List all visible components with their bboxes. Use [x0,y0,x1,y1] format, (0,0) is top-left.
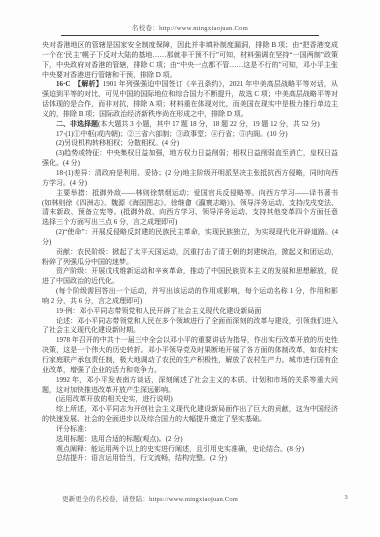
paragraph: 18·(1)差异：清政府是利用、妥协；(2 分)地主阶级开明派坚决主张抵抗西方侵… [42,169,338,189]
paragraph-text: 1978 年召开的中共十一届三中全会以邓小平的重要讲话为指导，作出实行改革开放的… [42,336,338,374]
paragraph: (运用改革开放的相关史实，进行说明) [42,395,338,405]
paragraph: 选用标题：选用合适的标题(观点)。(2 分) [42,435,338,445]
paragraph-text: 观点阐释：能运用两个以上的史实进行阐述，且引用史实准确，史论结合。(8 分) [56,445,304,453]
paragraph: 主要举措：抵御外敌——林则徐禁烟运动；爱国官兵反侵略等。向西方学习——译书著书(… [42,189,338,228]
header-site-label: 名校卷：http://www.mingxiaojuan.Com [132,25,248,32]
paragraph: 综上所述，邓小平同志为开创社会主义现代化建设新局面作出了巨大的贡献，这为中国经济… [42,405,338,425]
document-page: 名校卷：http://www.mingxiaojuan.Com 央对香港地区的管… [0,0,380,537]
paragraph-text: (本大题共 3 小题，其中 17 题 18 分，18 题 22 分，19 题 1… [98,120,320,128]
paragraph-text: 主要举措：抵御外敌——林则徐禁烟运动；爱国官兵反侵略等。向西方学习——译书著书(… [42,189,338,227]
paragraph: 贡献：农民阶级：掀起了太平天国运动，沉重打击了清王朝的封建统治，掀起义和团运动，… [42,248,338,268]
paragraph: 19·例：邓小平同志带领党和人民开辟了社会主义现代化建设新局面 [42,307,338,317]
paragraph: 论述：邓小平同志带领党和人民在多个领域进行了全面而深刻的改革与建设，引领我们进入… [42,317,338,337]
paragraph-text: 贡献：农民阶级：掀起了太平天国运动，沉重打击了清王朝的封建统治，掀起义和团运动，… [42,248,338,266]
paragraph: 1978 年召开的中共十一届三中全会以邓小平的重要讲话为指导，作出实行改革开放的… [42,336,338,375]
paragraph-prefix: 二、非选择题 [56,120,98,128]
paragraph-text: 1992 年，邓小平发表南方谈话，深刻阐述了社会主义的本质、计划和市场的关系等重… [42,376,338,394]
paragraph-prefix: 16·C 【解析】 [56,80,103,88]
paragraph: 资产阶级：开展戊戌维新运动和辛亥革命，推动了中国民族资本主义的发展和思想解放，促… [42,267,338,287]
paragraph: 总结提升：语言运用恰当，行文流畅，结构完整。(2 分) [42,454,338,464]
paragraph: 17·(1)①中枢(或内朝)；②三省六部制；③政事堂；④行省；⑤内阁。(10 分… [42,130,338,140]
footer-promo-text: 更新更全的名校卷，请登陆：https://www.mingxiaojuan.Co… [62,494,238,503]
paragraph: (2)另设机构转移相权；分散相权。(4 分) [42,139,338,149]
paragraph: 评分标准： [42,425,338,435]
paragraph-text: 17·(1)①中枢(或内朝)；②三省六部制；③政事堂；④行省；⑤内阁。(10 分… [56,130,288,138]
paragraph-text: (运用改革开放的相关史实，进行说明) [56,395,173,403]
paragraph-text: 总结提升：语言运用恰当，行文流畅，结构完整。(2 分) [56,454,227,462]
paragraph: 16·C 【解析】1901 年列强强迫中国签订《辛丑条约》，2021 年中美高层… [42,80,338,119]
paragraph-text: 综上所述，邓小平同志为开创社会主义现代化建设新局面作出了巨大的贡献，这为中国经济… [42,405,338,423]
paragraph-text: (3)趋势或特征：中央集权日益加强，地方权力日益削弱；相权日益削弱直至消亡，皇权… [42,149,338,167]
paragraph-text: (2)另设机构转移相权；分散相权。(4 分) [56,139,179,147]
paragraph: (3)趋势或特征：中央集权日益加强，地方权力日益削弱；相权日益削弱直至消亡，皇权… [42,149,338,169]
page-header: 名校卷：http://www.mingxiaojuan.Com [61,23,319,36]
paragraph-text: 央对香港地区的管辖是国家安全制度保障，因此并非填补制度漏洞，排除 B 项；由“把… [42,41,338,79]
page-number: 3 [345,494,348,501]
paragraph: 1992 年，邓小平发表南方谈话，深刻阐述了社会主义的本质、计划和市场的关系等重… [42,376,338,396]
paragraph-text: (每个阶级需回答出一个运动，并写出该运动的作用或影响，每个运动名称 1 分，作用… [42,287,338,305]
paragraph: 观点阐释：能运用两个以上的史实进行阐述，且引用史实准确，史论结合。(8 分) [42,445,338,455]
page-footer: 更新更全的名校卷，请登陆：https://www.mingxiaojuan.Co… [62,494,348,503]
paragraph-text: 评分标准： [56,425,91,433]
section-heading: 二、非选择题(本大题共 3 小题，其中 17 题 18 分，18 题 22 分，… [42,120,338,130]
paragraph-text: (2)“使命”：开展反侵略反封建的民族民主革命，实现民族独立，为实现现代化开辟道… [42,228,338,246]
paragraph-text: 18·(1)差异：清政府是利用、妥协；(2 分)地主阶级开明派坚决主张抵抗西方侵… [42,169,338,187]
paragraph: (2)“使命”：开展反侵略反封建的民族民主革命，实现民族独立，为实现现代化开辟道… [42,228,338,248]
paragraph-text: 资产阶级：开展戊戌维新运动和辛亥革命，推动了中国民族资本主义的发展和思想解放，促… [42,267,338,285]
paragraph: (每个阶级需回答出一个运动，并写出该运动的作用或影响，每个运动名称 1 分，作用… [42,287,338,307]
answer-key-body: 央对香港地区的管辖是国家安全制度保障，因此并非填补制度漏洞，排除 B 项；由“把… [42,41,338,464]
paragraph: 央对香港地区的管辖是国家安全制度保障，因此并非填补制度漏洞，排除 B 项；由“把… [42,41,338,80]
paragraph-text: 论述：邓小平同志带领党和人民在多个领域进行了全面而深刻的改革与建设，引领我们进入… [42,317,338,335]
paragraph-text: 选用标题：选用合适的标题(观点)。(2 分) [56,435,183,443]
paragraph-text: 19·例：邓小平同志带领党和人民开辟了社会主义现代化建设新局面 [56,307,261,315]
